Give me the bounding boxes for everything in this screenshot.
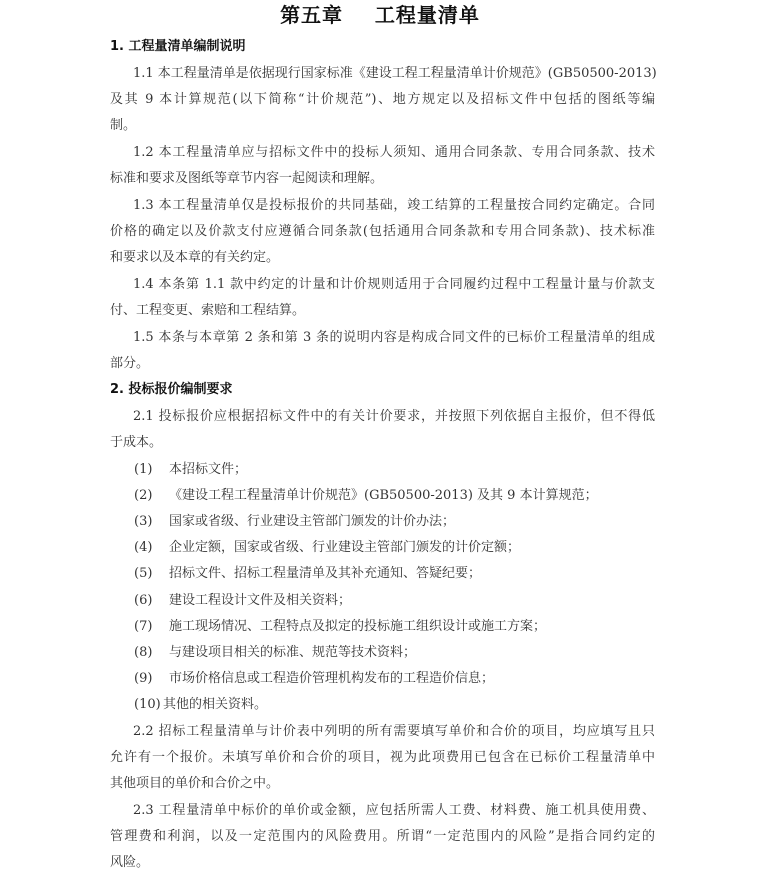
- list-number: (8): [134, 644, 169, 662]
- list-text: 企业定额，国家或省级、行业建设主管部门颁发的计价定额；: [169, 540, 520, 555]
- section-1-heading: 1. 工程量清单编制说明: [110, 38, 655, 56]
- paragraph-line: 1.4 本条第 1.1 款中约定的计量和计价规则适用于合同履约过程中工程量计量与…: [133, 276, 655, 294]
- paragraph-line: 标准和要求及图纸等章节内容一起阅读和理解。: [110, 170, 655, 188]
- list-number: (9): [134, 670, 169, 688]
- paragraph-line: 2.3 工程量清单中标价的单价或金额，应包括所需人工费、材料费、施工机具使用费、: [133, 802, 655, 820]
- list-number: (7): [134, 618, 169, 636]
- list-item: (5)招标文件、招标工程量清单及其补充通知、答疑纪要；: [134, 565, 679, 583]
- list-number: (2): [134, 487, 169, 505]
- list-item: (1)本招标文件；: [134, 461, 679, 479]
- list-item: (9)市场价格信息或工程造价管理机构发布的工程造价信息；: [134, 670, 679, 688]
- paragraph-line: 1.2 本工程量清单应与招标文件中的投标人须知、通用合同条款、专用合同条款、技术: [133, 144, 655, 162]
- paragraph-line: 1.1 本工程量清单是依据现行国家标准《建设工程工程量清单计价规范》(GB505…: [133, 65, 655, 83]
- paragraph-line: 1.5 本条与本章第 2 条和第 3 条的说明内容是构成合同文件的已标价工程量清…: [133, 329, 655, 347]
- paragraph-line: 2.1 投标报价应根据招标文件中的有关计价要求，并按照下列依据自主报价，但不得低: [133, 408, 655, 426]
- paragraph-line: 允许有一个报价。未填写单价和合价的项目，视为此项费用已包含在已标价工程量清单中: [110, 749, 655, 767]
- list-text: 国家或省级、行业建设主管部门颁发的计价办法；: [169, 514, 455, 529]
- list-item: (2)《建设工程工程量清单计价规范》(GB50500-2013) 及其 9 本计…: [134, 487, 679, 505]
- list-number: (3): [134, 513, 169, 531]
- list-text: 《建设工程工程量清单计价规范》(GB50500-2013) 及其 9 本计算规范…: [169, 488, 598, 503]
- paragraph-line: 1.3 本工程量清单仅是投标报价的共同基础，竣工结算的工程量按合同约定确定。合同: [133, 197, 655, 215]
- paragraph-line: 管理费和利润，以及一定范围内的风险费用。所谓“一定范围内的风险”是指合同约定的: [110, 828, 655, 846]
- paragraph-line: 价格的确定以及价款支付应遵循合同条款(包括通用合同条款和专用合同条款)、技术标准: [110, 223, 655, 241]
- list-text: 施工现场情况、工程特点及拟定的投标施工组织设计或施工方案；: [169, 619, 546, 634]
- paragraph-line: 部分。: [110, 355, 655, 373]
- document-page: 第五章 工程量清单 1. 工程量清单编制说明 1.1 本工程量清单是依据现行国家…: [0, 0, 760, 876]
- list-text: 与建设项目相关的标准、规范等技术资料；: [169, 645, 416, 660]
- paragraph-line: 付、工程变更、索赔和工程结算。: [110, 302, 655, 320]
- chapter-title: 第五章 工程量清单: [0, 0, 760, 30]
- section-2-heading: 2. 投标报价编制要求: [110, 381, 655, 399]
- paragraph-line: 其他项目的单价和合价之中。: [110, 775, 655, 793]
- list-text: 本招标文件；: [169, 462, 247, 477]
- list-item: (4)企业定额，国家或省级、行业建设主管部门颁发的计价定额；: [134, 539, 679, 557]
- list-text: 招标文件、招标工程量清单及其补充通知、答疑纪要；: [169, 566, 481, 581]
- list-number: (10): [134, 696, 163, 714]
- paragraph-line: 和要求以及本章的有关约定。: [110, 249, 655, 267]
- list-text: 建设工程设计文件及相关资料；: [169, 593, 351, 608]
- paragraph-line: 及其 9 本计算规范(以下简称“计价规范”)、地方规定以及招标文件中包括的图纸等…: [110, 91, 655, 109]
- paragraph-line: 2.2 招标工程量清单与计价表中列明的所有需要填写单价和合价的项目，均应填写且只: [133, 723, 655, 741]
- list-number: (4): [134, 539, 169, 557]
- list-text: 市场价格信息或工程造价管理机构发布的工程造价信息；: [169, 671, 494, 686]
- paragraph-line: 风险。: [110, 854, 655, 872]
- list-item: (6)建设工程设计文件及相关资料；: [134, 592, 679, 610]
- list-number: (5): [134, 565, 169, 583]
- paragraph-line: 于成本。: [110, 434, 655, 452]
- list-item: (7)施工现场情况、工程特点及拟定的投标施工组织设计或施工方案；: [134, 618, 679, 636]
- list-item: (8)与建设项目相关的标准、规范等技术资料；: [134, 644, 679, 662]
- list-number: (1): [134, 461, 169, 479]
- list-item: (10)其他的相关资料。: [134, 696, 679, 714]
- list-number: (6): [134, 592, 169, 610]
- list-text: 其他的相关资料。: [163, 697, 267, 712]
- paragraph-line: 制。: [110, 117, 655, 135]
- list-item: (3)国家或省级、行业建设主管部门颁发的计价办法；: [134, 513, 679, 531]
